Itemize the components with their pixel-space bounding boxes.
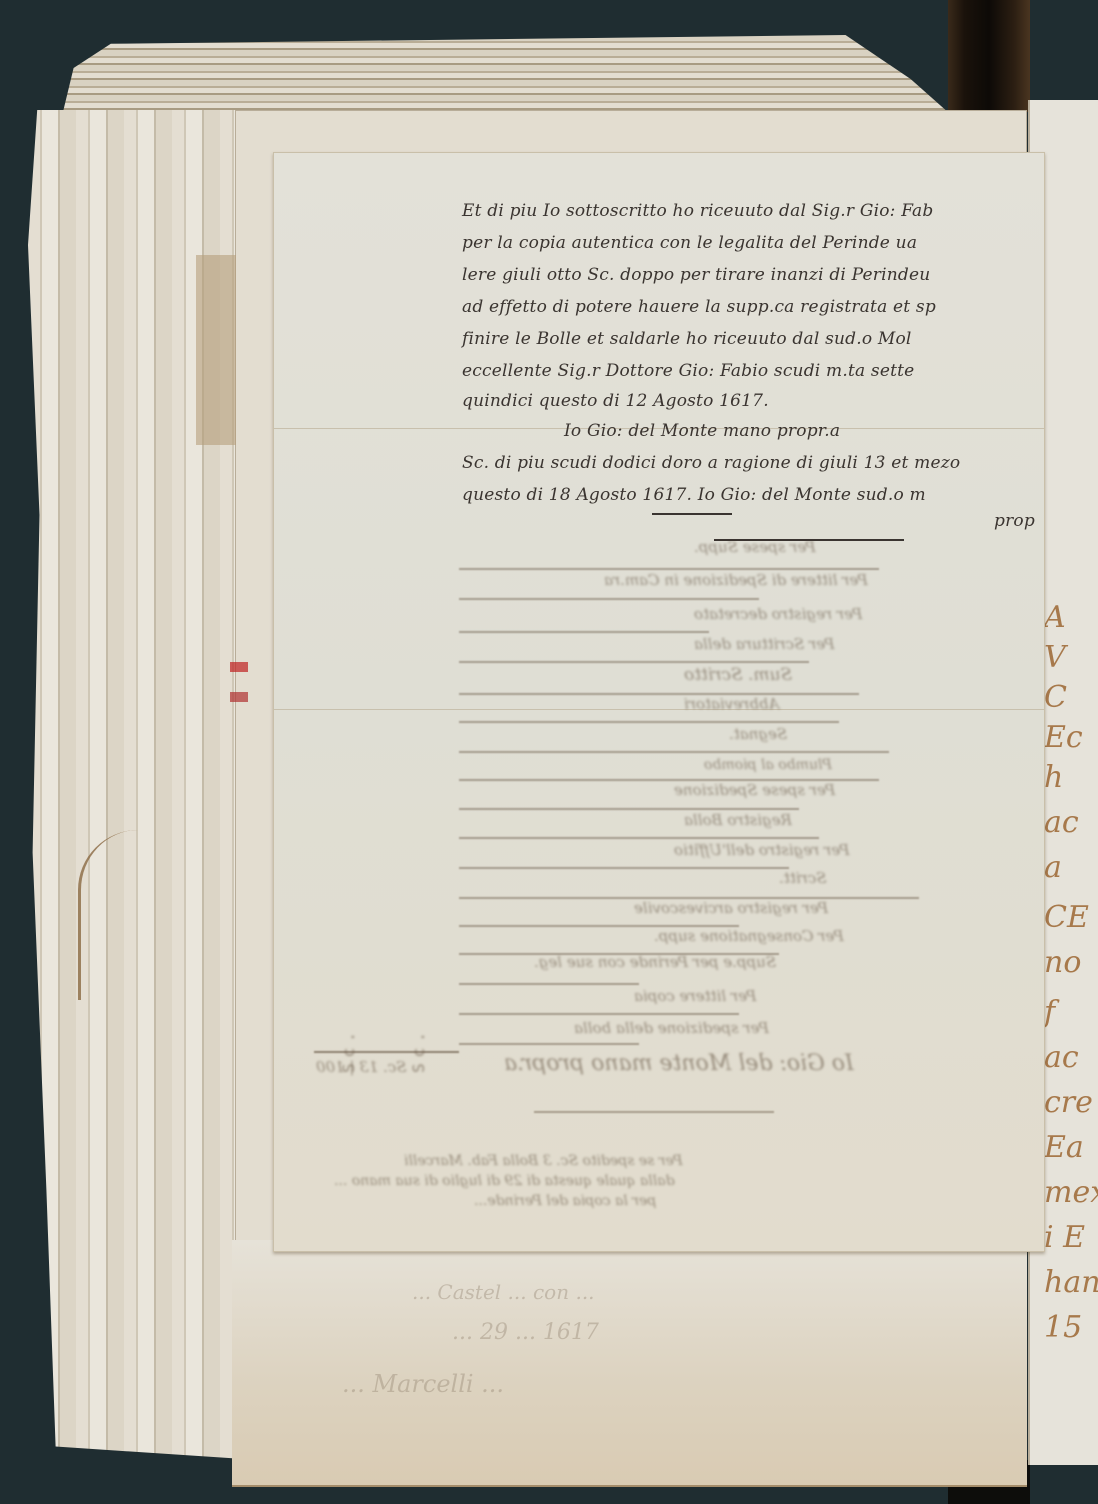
facing-fragment: ac bbox=[1044, 1040, 1079, 1075]
facing-fragment: V bbox=[1044, 640, 1066, 675]
facing-fragment: no bbox=[1044, 945, 1081, 980]
facing-fragment: A bbox=[1044, 600, 1066, 635]
bleed-number-column: Sc. bbox=[339, 353, 358, 1073]
facing-fragment: Ea bbox=[1044, 1130, 1084, 1165]
facing-fragment: cre bbox=[1044, 1085, 1093, 1120]
wooden-binding-board bbox=[948, 0, 1030, 112]
facing-fragment: 15 bbox=[1044, 1310, 1082, 1345]
date-underline bbox=[652, 513, 732, 515]
receipt-line: questo di 18 Agosto 1617. Io Gio: del Mo… bbox=[462, 485, 926, 505]
facing-fragment: CE bbox=[1044, 900, 1089, 935]
facing-fragment: i E bbox=[1044, 1220, 1085, 1255]
facing-fragment: f bbox=[1044, 995, 1055, 1030]
receipt-line: prop bbox=[994, 511, 1035, 531]
receipt-line: lere giuli otto Sc. doppo per tirare ina… bbox=[462, 265, 930, 285]
manuscript-page: Sc. Sc. Per spese Supp. Per littere di S… bbox=[273, 152, 1045, 1252]
water-stain bbox=[196, 255, 236, 445]
receipt-line: per la copia autentica con le legalita d… bbox=[462, 233, 917, 253]
bleed-number-column: Sc. bbox=[409, 403, 428, 1073]
receipt-line: ad effetto di potere hauere la supp.ca r… bbox=[462, 297, 936, 317]
facing-fragment: mex bbox=[1044, 1175, 1098, 1210]
receipt-line: finire le Bolle et saldarle ho riceuuto … bbox=[462, 329, 912, 349]
facing-fragment: a bbox=[1044, 850, 1062, 885]
receipt-line: eccellente Sig.r Dottore Gio: Fabio scud… bbox=[462, 361, 914, 381]
facing-fragment: Ec bbox=[1044, 720, 1083, 755]
fold-line bbox=[274, 709, 1044, 710]
signature: Io Gio: del Monte mano propr.a bbox=[564, 421, 840, 441]
faint-text-line: ... Castel ... con ... bbox=[412, 1280, 595, 1304]
faint-text-line: ... 29 ... 1617 bbox=[452, 1320, 599, 1345]
lower-sheet: ... Castel ... con ... ... 29 ... 1617 .… bbox=[232, 1240, 1027, 1487]
facing-fragment: h bbox=[1044, 760, 1063, 795]
receipt-line: Sc. di piu scudi dodici doro a ragione d… bbox=[462, 453, 960, 473]
red-seal-remnant bbox=[230, 662, 248, 712]
receipt-line: quindici questo di 12 Agosto 1617. bbox=[462, 391, 769, 411]
signature-underline bbox=[714, 539, 904, 541]
faint-text-line: ... Marcelli ... bbox=[342, 1370, 504, 1398]
facing-fragment: ac bbox=[1044, 805, 1079, 840]
facing-fragment: han bbox=[1044, 1265, 1098, 1300]
receipt-line: Et di piu Io sottoscritto ho riceuuto da… bbox=[462, 201, 933, 221]
binding-string bbox=[78, 830, 141, 1000]
facing-fragment: C bbox=[1044, 680, 1067, 715]
